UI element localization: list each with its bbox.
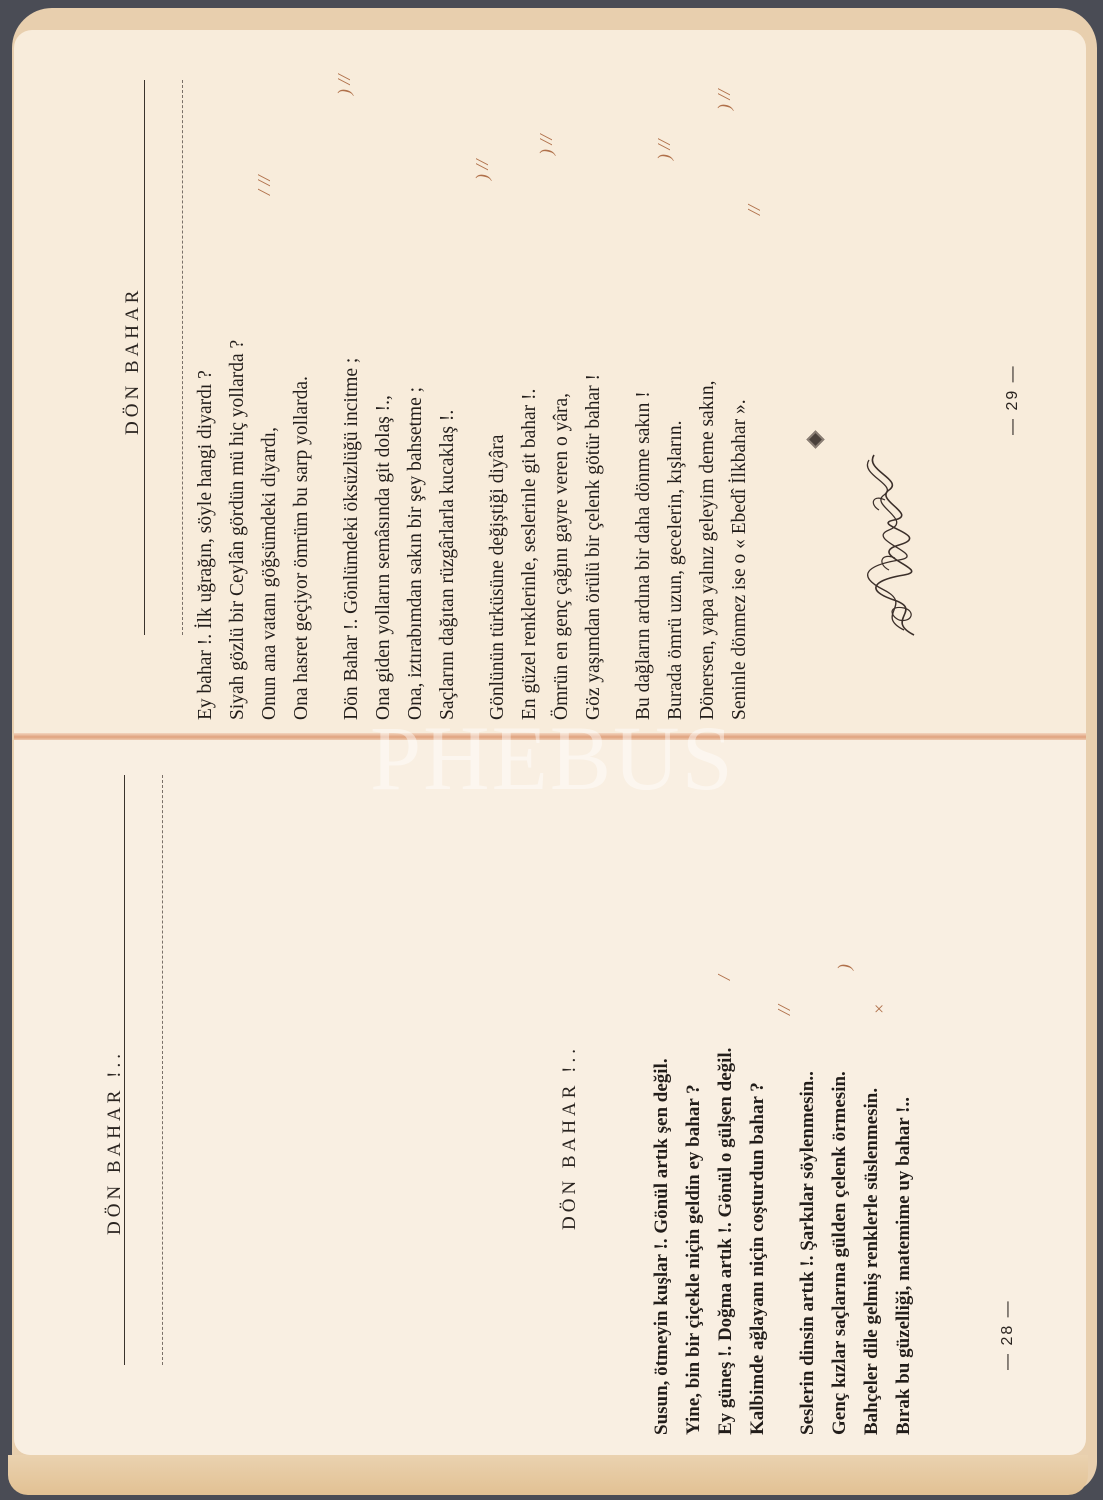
pencil-mark: ) // [334, 75, 355, 96]
poem-line: Bahçeler dile gelmiş renklerle süslenmes… [856, 1048, 888, 1435]
pencil-mark: // [744, 205, 765, 215]
poem-line: Siyah gözlü bir Ceylân gördün mü hiç yol… [222, 340, 254, 720]
header-rule-top [144, 80, 145, 635]
page-28-content: DÖN BAHAR !.. DÖN BAHAR !.. Susun, ötmey… [14, 740, 1086, 1455]
pencil-mark: ) // [472, 160, 493, 181]
poem-line: Saçlarını dağıtan rüzgârlarla kucaklaş !… [432, 340, 464, 720]
header-rule-bottom [182, 80, 183, 635]
poem-body: Susun, ötmeyin kuşlar !. Gönül artık şen… [646, 1048, 938, 1435]
running-header: DÖN BAHAR !.. [104, 1050, 126, 1235]
poem-line: Yine, bin bir çiçekle niçin geldin ey ba… [678, 1048, 710, 1435]
poem-line: Ona, iztırabımdan sakın bir şey bahsetme… [400, 340, 432, 720]
pencil-mark: ) // [714, 90, 735, 111]
stanza: Gönlünün türküsüne değiştiği diyâra En g… [482, 340, 610, 720]
pencil-mark: / [714, 975, 735, 980]
poem-line: Kalbimde ağlayanı niçin coşturdun bahar … [742, 1048, 774, 1435]
poem-line: Seslerin dinsin artık !. Şarkılar söylen… [792, 1048, 824, 1435]
poem-body: Ey bahar !. İlk uğrağın, söyle hangi diy… [190, 340, 774, 720]
pencil-mark: ) [834, 964, 855, 970]
page-29: DÖN BAHAR Ey bahar !. İlk uğrağın, söyle… [14, 30, 1086, 735]
stanza: Dön Bahar !. Gönlümdeki öksüzlüğü incitm… [336, 340, 464, 720]
stanza: Seslerin dinsin artık !. Şarkılar söylen… [792, 1048, 920, 1435]
page-number: — 28 — [999, 1299, 1017, 1370]
stanza: Ey bahar !. İlk uğrağın, söyle hangi diy… [190, 340, 318, 720]
page-29-content: DÖN BAHAR Ey bahar !. İlk uğrağın, söyle… [14, 30, 1086, 735]
poem-line: Genç kızlar saçlarına gülden çelenk örme… [824, 1048, 856, 1435]
page-number: — 29 — [1004, 364, 1022, 435]
poem-line: Ey güneş !. Doğma artık !. Gönül o gülşe… [710, 1048, 742, 1435]
watermark: PHEBUS [370, 705, 735, 811]
poem-title: DÖN BAHAR !.. [559, 1045, 581, 1230]
book-fore-edge [8, 1455, 1088, 1495]
poem-line: En güzel renklerinle, seslerinle git bah… [514, 340, 546, 720]
pencil-mark: / // [254, 175, 275, 195]
poem-line: Onun ana vatanı göğsümdeki diyardı, [254, 340, 286, 720]
pencil-mark: ) // [654, 140, 675, 161]
poem-line: Seninle dönmez ise o « Ebedî İlkbahar ». [724, 340, 756, 720]
poem-line: Göz yaşımdan örülü bir çelenk götür baha… [578, 340, 610, 720]
poem-line: Ona hasret geçiyor ömrüm bu sarp yollard… [286, 340, 318, 720]
poem-line: Ona giden yolların semâsında git dolaş !… [368, 340, 400, 720]
poem-line: Gönlünün türküsüne değiştiği diyâra [482, 340, 514, 720]
poem-line: Dönersen, yapa yalnız geleyim deme sakın… [692, 340, 724, 720]
header-rule-bottom [162, 775, 163, 1365]
poem-line: Susun, ötmeyin kuşlar !. Gönül artık şen… [646, 1048, 678, 1435]
pencil-mark: // [774, 1005, 795, 1015]
poem-line: Bu dağların ardına bir daha dönme sakın … [628, 340, 660, 720]
poem-line: Burada ömrü uzun, gecelerin, kışların. [660, 340, 692, 720]
poem-line: Ömrün en genç çağını gayre veren o yâra, [546, 340, 578, 720]
signature-icon [844, 450, 934, 640]
stanza: Bu dağların ardına bir daha dönme sakın … [628, 340, 756, 720]
pencil-mark: × [869, 1003, 890, 1015]
page-28: DÖN BAHAR !.. DÖN BAHAR !.. Susun, ötmey… [14, 740, 1086, 1455]
poem-line: Ey bahar !. İlk uğrağın, söyle hangi diy… [190, 340, 222, 720]
stanza: Susun, ötmeyin kuşlar !. Gönül artık şen… [646, 1048, 774, 1435]
running-header: DÖN BAHAR [122, 287, 144, 435]
fleuron-ornament-icon [806, 430, 824, 448]
pencil-mark: ) // [536, 135, 557, 156]
poem-line: Dön Bahar !. Gönlümdeki öksüzlüğü incitm… [336, 340, 368, 720]
poem-line: Bırak bu güzelliği, matemime uy bahar !.… [888, 1048, 920, 1435]
